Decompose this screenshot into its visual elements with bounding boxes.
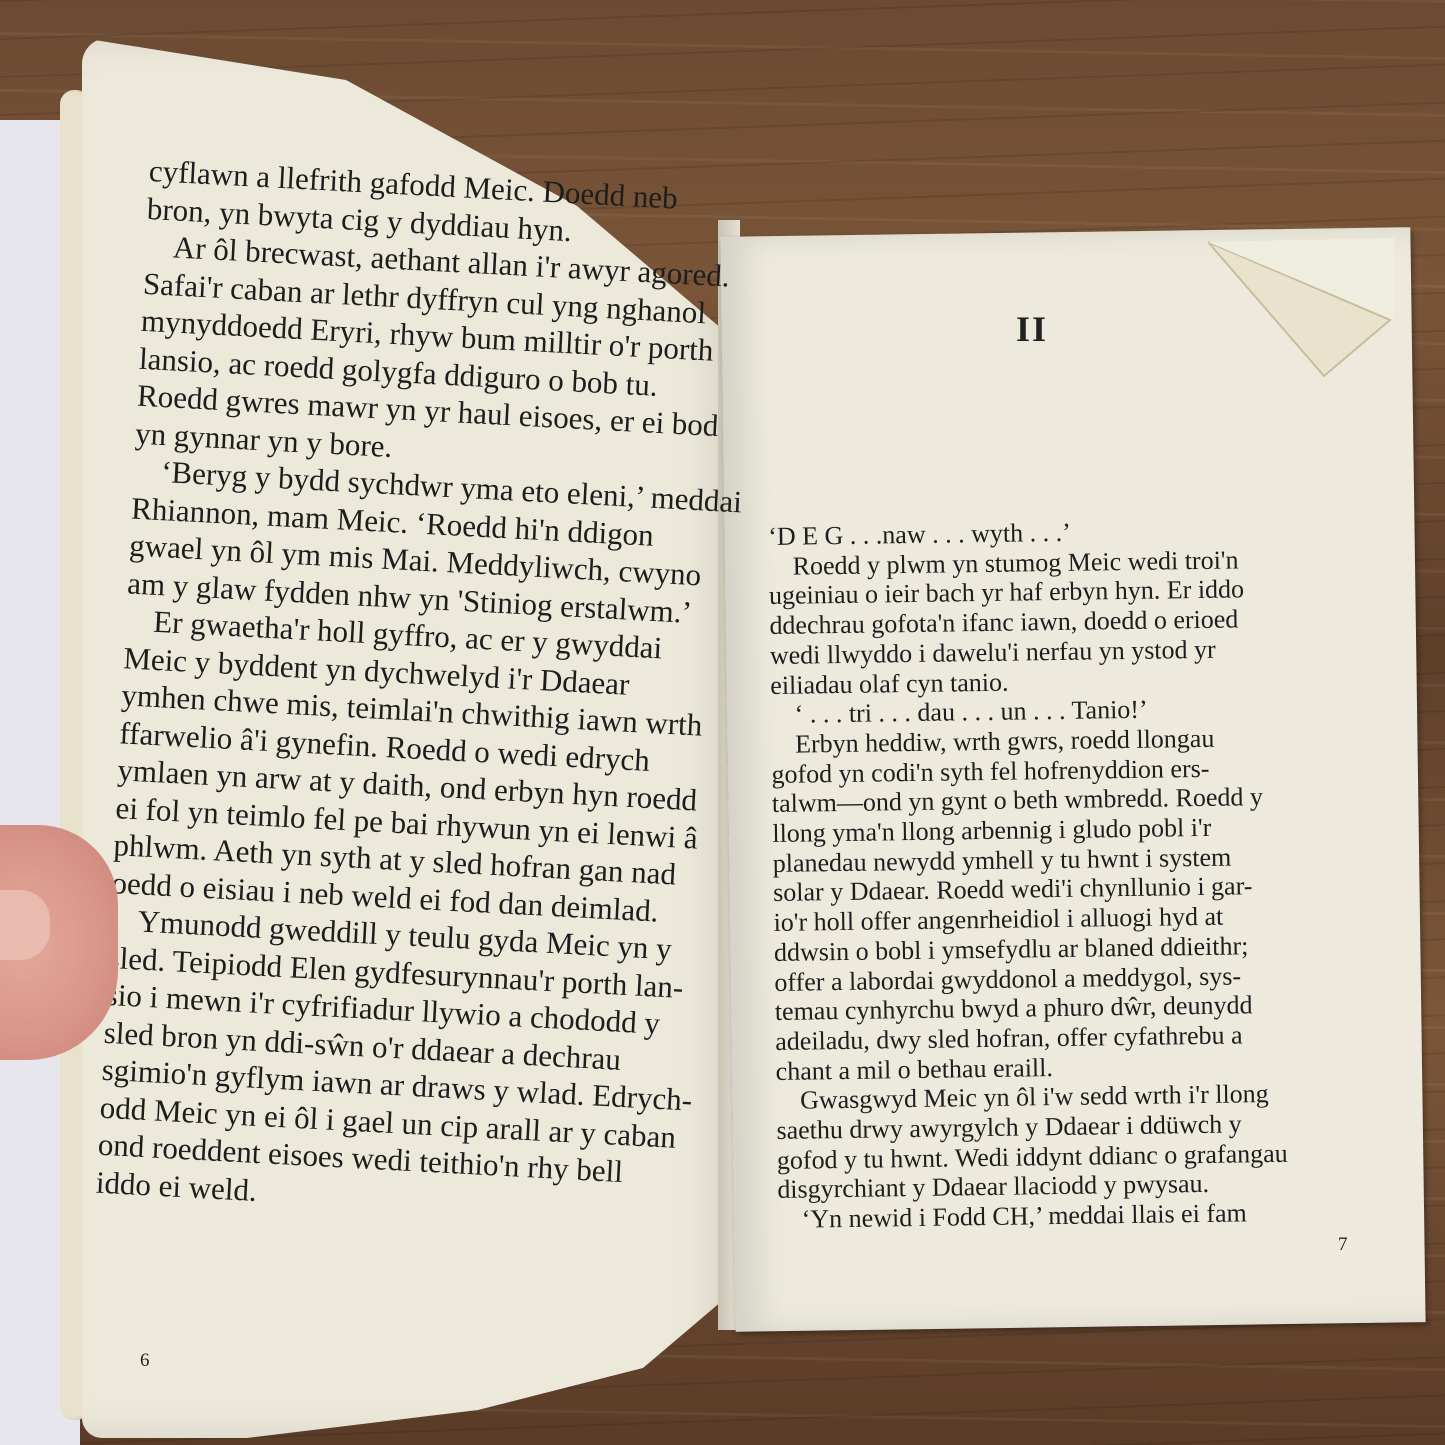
thumbnail — [0, 890, 50, 960]
left-page-text: cyflawn a llefrith gafodd Meic. Doedd ne… — [95, 152, 749, 1232]
page-number-left: 6 — [140, 1350, 150, 1372]
chapter-heading: II — [1016, 308, 1048, 350]
folded-corner-icon — [1208, 238, 1394, 378]
right-page-text: ‘D E G . . .naw . . . wyth . . .’ Roedd … — [768, 514, 1363, 1235]
page-number-right: 7 — [1338, 1234, 1348, 1256]
